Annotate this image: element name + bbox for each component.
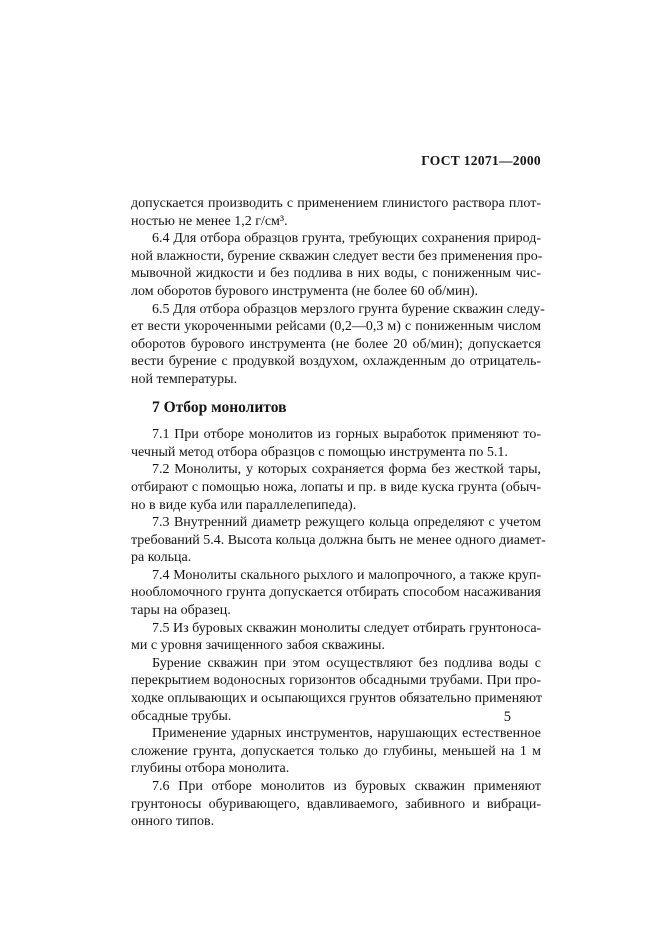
text-line: мывочной жидкости и без подлива в них во…	[131, 265, 541, 283]
text-line: ра кольца.	[131, 549, 541, 567]
text-line: ностью не менее 1,2 г/см³.	[131, 213, 541, 231]
text-line: 7.6 При отборе монолитов из буровых сква…	[131, 778, 541, 796]
text-line: ной температуры.	[131, 371, 541, 389]
paragraph: 7.3 Внутренний диаметр режущего кольца о…	[131, 514, 541, 567]
document-header-standard-number: ГОСТ 12071—2000	[131, 153, 541, 169]
text-line: ет вести укороченными рейсами (0,2—0,3 м…	[131, 318, 541, 336]
paragraph: 6.5 Для отбора образцов мерзлого грунта …	[131, 301, 541, 389]
paragraph: допускается производить с применением гл…	[131, 195, 541, 230]
paragraph: 7.5 Из буровых скважин монолиты следует …	[131, 620, 541, 655]
paragraph: 7.2 Монолиты, у которых сохраняется форм…	[131, 461, 541, 514]
text-line: 7.2 Монолиты, у которых сохраняется форм…	[131, 461, 541, 479]
paragraph: 7.1 При отборе монолитов из горных выраб…	[131, 426, 541, 461]
text-line: Бурение скважин при этом осуществляют бе…	[131, 655, 541, 673]
text-line: сложение грунта, допускается только до г…	[131, 743, 541, 761]
text-line: Применение ударных инструментов, нарушаю…	[131, 725, 541, 743]
text-line: нообломочного грунта допускается отбират…	[131, 584, 541, 602]
paragraph: 6.4 Для отбора образцов грунта, требующи…	[131, 230, 541, 300]
text-line: отбирают с помощью ножа, лопаты и пр. в …	[131, 479, 541, 497]
text-line: перекрытием водоносных горизонтов обсадн…	[131, 672, 541, 690]
document-body: допускается производить с применением гл…	[131, 195, 541, 831]
section-heading: 7 Отбор монолитов	[152, 399, 541, 417]
text-line: грунтоносы обуривающего, вдавливаемого, …	[131, 796, 541, 814]
text-line: допускается производить с применением гл…	[131, 195, 541, 213]
page-number: 5	[131, 709, 511, 726]
text-line: онного типов.	[131, 813, 541, 831]
paragraph: Применение ударных инструментов, нарушаю…	[131, 725, 541, 778]
text-line: 6.5 Для отбора образцов мерзлого грунта …	[131, 301, 541, 319]
text-line: требований 5.4. Высота кольца должна быт…	[131, 532, 541, 550]
text-line: лом оборотов бурового инструмента (не бо…	[131, 283, 541, 301]
text-line: 7.1 При отборе монолитов из горных выраб…	[131, 426, 541, 444]
text-line: чечный метод отбора образцов с помощью и…	[131, 444, 541, 462]
text-line: 7.5 Из буровых скважин монолиты следует …	[131, 620, 541, 638]
text-line: вести бурение с продувкой воздухом, охла…	[131, 353, 541, 371]
text-line: оборотов бурового инструмента (не более …	[131, 336, 541, 354]
text-line: ходке оплывающих и осыпающихся грунтов о…	[131, 690, 541, 708]
text-line: но в виде куба или параллелепипеда).	[131, 497, 541, 515]
text-line: ной влажности, бурение скважин следует в…	[131, 248, 541, 266]
text-line: 6.4 Для отбора образцов грунта, требующи…	[131, 230, 541, 248]
text-line: 7.4 Монолиты скального рыхлого и малопро…	[131, 567, 541, 585]
text-line: глубины отбора монолита.	[131, 760, 541, 778]
text-line: 7.3 Внутренний диаметр режущего кольца о…	[131, 514, 541, 532]
text-line: тары на образец.	[131, 602, 541, 620]
text-line: ми с уровня зачищенного забоя скважины.	[131, 637, 541, 655]
paragraph: 7.4 Монолиты скального рыхлого и малопро…	[131, 567, 541, 620]
document-page: ГОСТ 12071—2000 допускается производить …	[0, 0, 661, 935]
paragraph: 7.6 При отборе монолитов из буровых сква…	[131, 778, 541, 831]
